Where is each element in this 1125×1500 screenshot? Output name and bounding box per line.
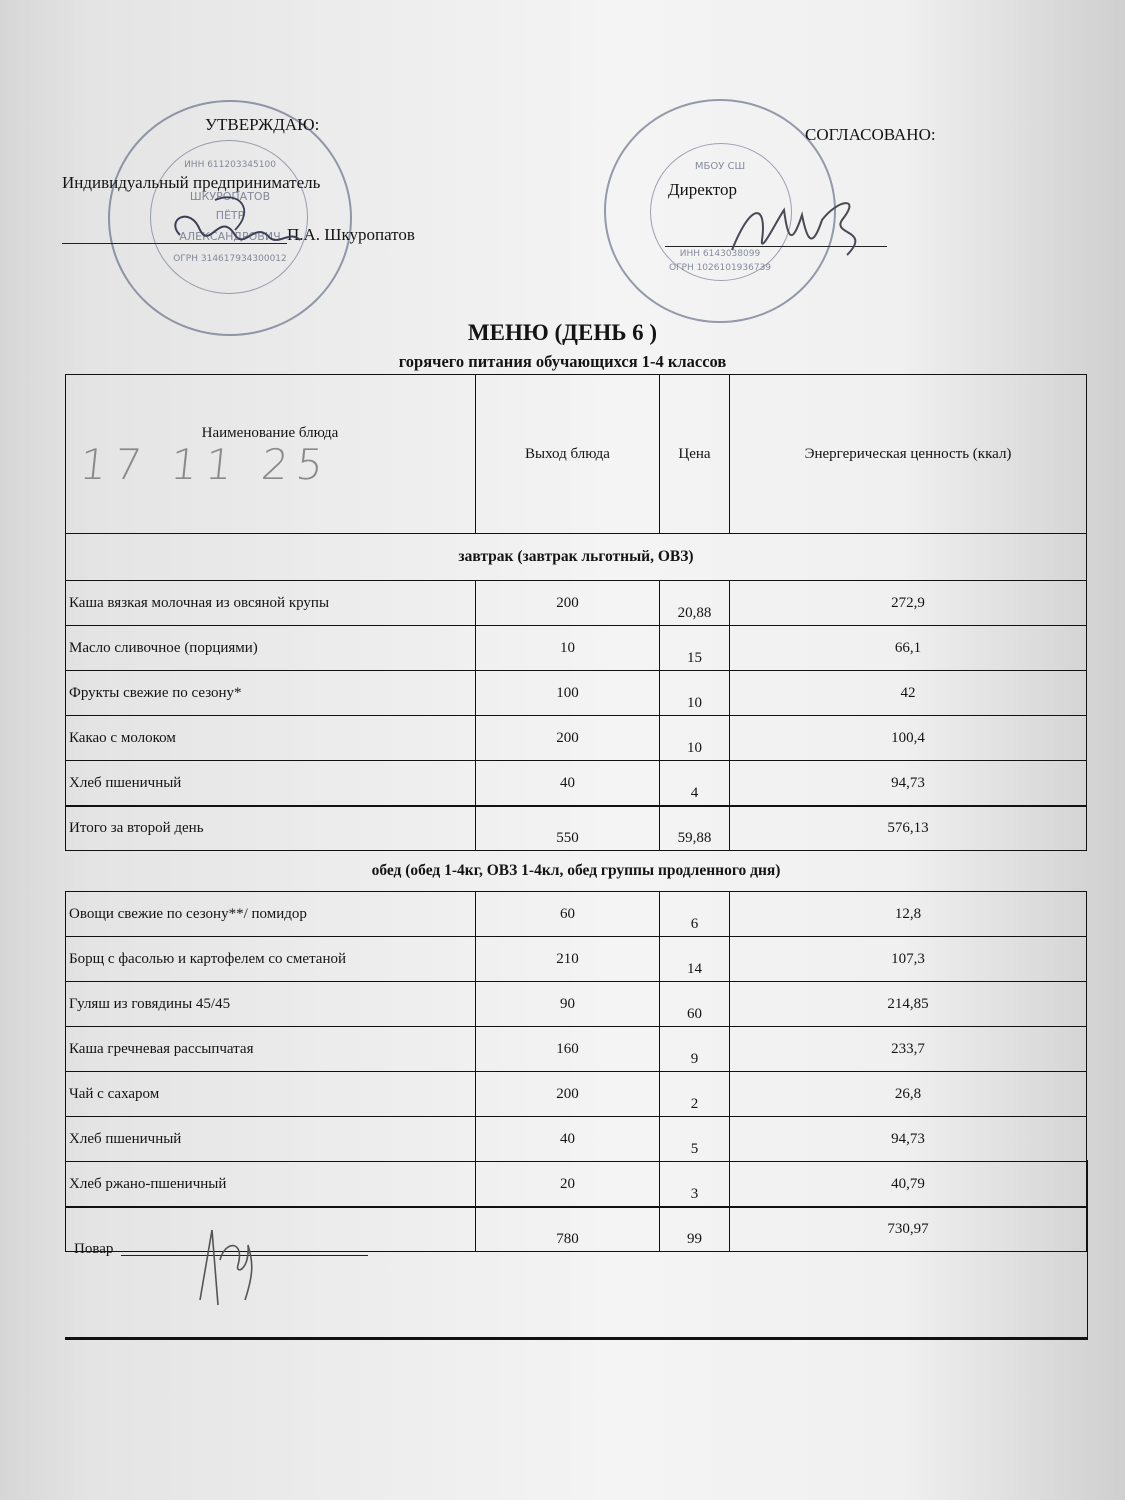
- dish-price: 20,88: [660, 581, 730, 626]
- dish-name: Борщ с фасолью и картофелем со сметаной: [66, 937, 476, 982]
- header-yield: Выход блюда: [476, 375, 660, 534]
- total-label: Итого за второй день: [66, 806, 476, 851]
- dish-name: Чай с сахаром: [66, 1072, 476, 1117]
- dish-energy: 214,85: [730, 982, 1087, 1027]
- header-price: Цена: [660, 375, 730, 534]
- dish-name: Овощи свежие по сезону**/ помидор: [66, 892, 476, 937]
- dish-price: 5: [660, 1117, 730, 1162]
- table-row: Гуляш из говядины 45/459060214,85: [66, 982, 1087, 1027]
- total-row: Итого за второй день55059,88576,13: [66, 806, 1087, 851]
- dish-yield: 200: [476, 716, 660, 761]
- agreed-signature-icon: [722, 180, 882, 270]
- dish-yield: 100: [476, 671, 660, 716]
- dish-price: 2: [660, 1072, 730, 1117]
- dish-yield: 40: [476, 1117, 660, 1162]
- agreed-heading: СОГЛАСОВАНО:: [805, 125, 936, 145]
- page-title: МЕНЮ (ДЕНЬ 6 ): [0, 320, 1125, 346]
- section-row: обед (обед 1-4кг, ОВЗ 1-4кл, обед группы…: [66, 851, 1087, 892]
- approve-signature-icon: [160, 190, 310, 270]
- school-stamp-school: МБОУ СШ: [606, 161, 834, 172]
- dish-name: Какао с молоком: [66, 716, 476, 761]
- dish-yield: 10: [476, 626, 660, 671]
- dish-name: Каша вязкая молочная из овсяной крупы: [66, 581, 476, 626]
- dish-energy: 26,8: [730, 1072, 1087, 1117]
- table-row: Чай с сахаром200226,8: [66, 1072, 1087, 1117]
- dish-yield: 210: [476, 937, 660, 982]
- dish-price: 15: [660, 626, 730, 671]
- dish-energy: 94,73: [730, 761, 1087, 807]
- dish-yield: 160: [476, 1027, 660, 1072]
- dish-price: 6: [660, 892, 730, 937]
- ip-stamp-inn: ИНН 611203345100: [110, 160, 350, 170]
- approve-heading: УТВЕРЖДАЮ:: [205, 115, 319, 135]
- dish-yield: 200: [476, 1072, 660, 1117]
- table-row: Масло сливочное (порциями)101566,1: [66, 626, 1087, 671]
- cook-label: Повар: [74, 1241, 113, 1258]
- dish-name: Хлеб пшеничный: [66, 761, 476, 807]
- table-row: Каша вязкая молочная из овсяной крупы200…: [66, 581, 1087, 626]
- total-energy: 576,13: [730, 806, 1087, 851]
- dish-yield: 200: [476, 581, 660, 626]
- menu-table: Наименование блюдаВыход блюдаЦенаЭнергер…: [65, 374, 1087, 1252]
- table-row: Фрукты свежие по сезону*1001042: [66, 671, 1087, 716]
- table-row: Каша гречневая рассыпчатая1609233,7: [66, 1027, 1087, 1072]
- page-subtitle: горячего питания обучающихся 1-4 классов: [0, 352, 1125, 372]
- total-yield: 550: [476, 806, 660, 851]
- dish-energy: 100,4: [730, 716, 1087, 761]
- dish-name: Гуляш из говядины 45/45: [66, 982, 476, 1027]
- cook-signature-icon: [190, 1220, 270, 1310]
- total-price: 59,88: [660, 806, 730, 851]
- dish-energy: 42: [730, 671, 1087, 716]
- dish-yield: 40: [476, 761, 660, 807]
- section-title: обед (обед 1-4кг, ОВЗ 1-4кл, обед группы…: [66, 851, 1087, 892]
- dish-price: 9: [660, 1027, 730, 1072]
- handwritten-date: 17 11 25: [77, 440, 333, 489]
- dish-price: 10: [660, 671, 730, 716]
- dish-energy: 66,1: [730, 626, 1087, 671]
- dish-price: 4: [660, 761, 730, 807]
- dish-price: 10: [660, 716, 730, 761]
- table-row: Хлеб пшеничный40494,73: [66, 761, 1087, 807]
- dish-price: 60: [660, 982, 730, 1027]
- dish-energy: 233,7: [730, 1027, 1087, 1072]
- dish-yield: 90: [476, 982, 660, 1027]
- dish-name: Хлеб пшеничный: [66, 1117, 476, 1162]
- section-title: завтрак (завтрак льготный, ОВЗ): [66, 534, 1087, 581]
- dish-price: 14: [660, 937, 730, 982]
- section-row: завтрак (завтрак льготный, ОВЗ): [66, 534, 1087, 581]
- dish-energy: 272,9: [730, 581, 1087, 626]
- dish-energy: 94,73: [730, 1117, 1087, 1162]
- dish-name: Масло сливочное (порциями): [66, 626, 476, 671]
- dish-name: Каша гречневая рассыпчатая: [66, 1027, 476, 1072]
- dish-energy: 12,8: [730, 892, 1087, 937]
- dish-energy: 107,3: [730, 937, 1087, 982]
- dish-yield: 60: [476, 892, 660, 937]
- table-row: Какао с молоком20010100,4: [66, 716, 1087, 761]
- table-row: Хлеб пшеничный40594,73: [66, 1117, 1087, 1162]
- dish-name: Фрукты свежие по сезону*: [66, 671, 476, 716]
- header-energy: Энергерическая ценность (ккал): [730, 375, 1087, 534]
- table-row: Борщ с фасолью и картофелем со сметаной2…: [66, 937, 1087, 982]
- table-row: Овощи свежие по сезону**/ помидор60612,8: [66, 892, 1087, 937]
